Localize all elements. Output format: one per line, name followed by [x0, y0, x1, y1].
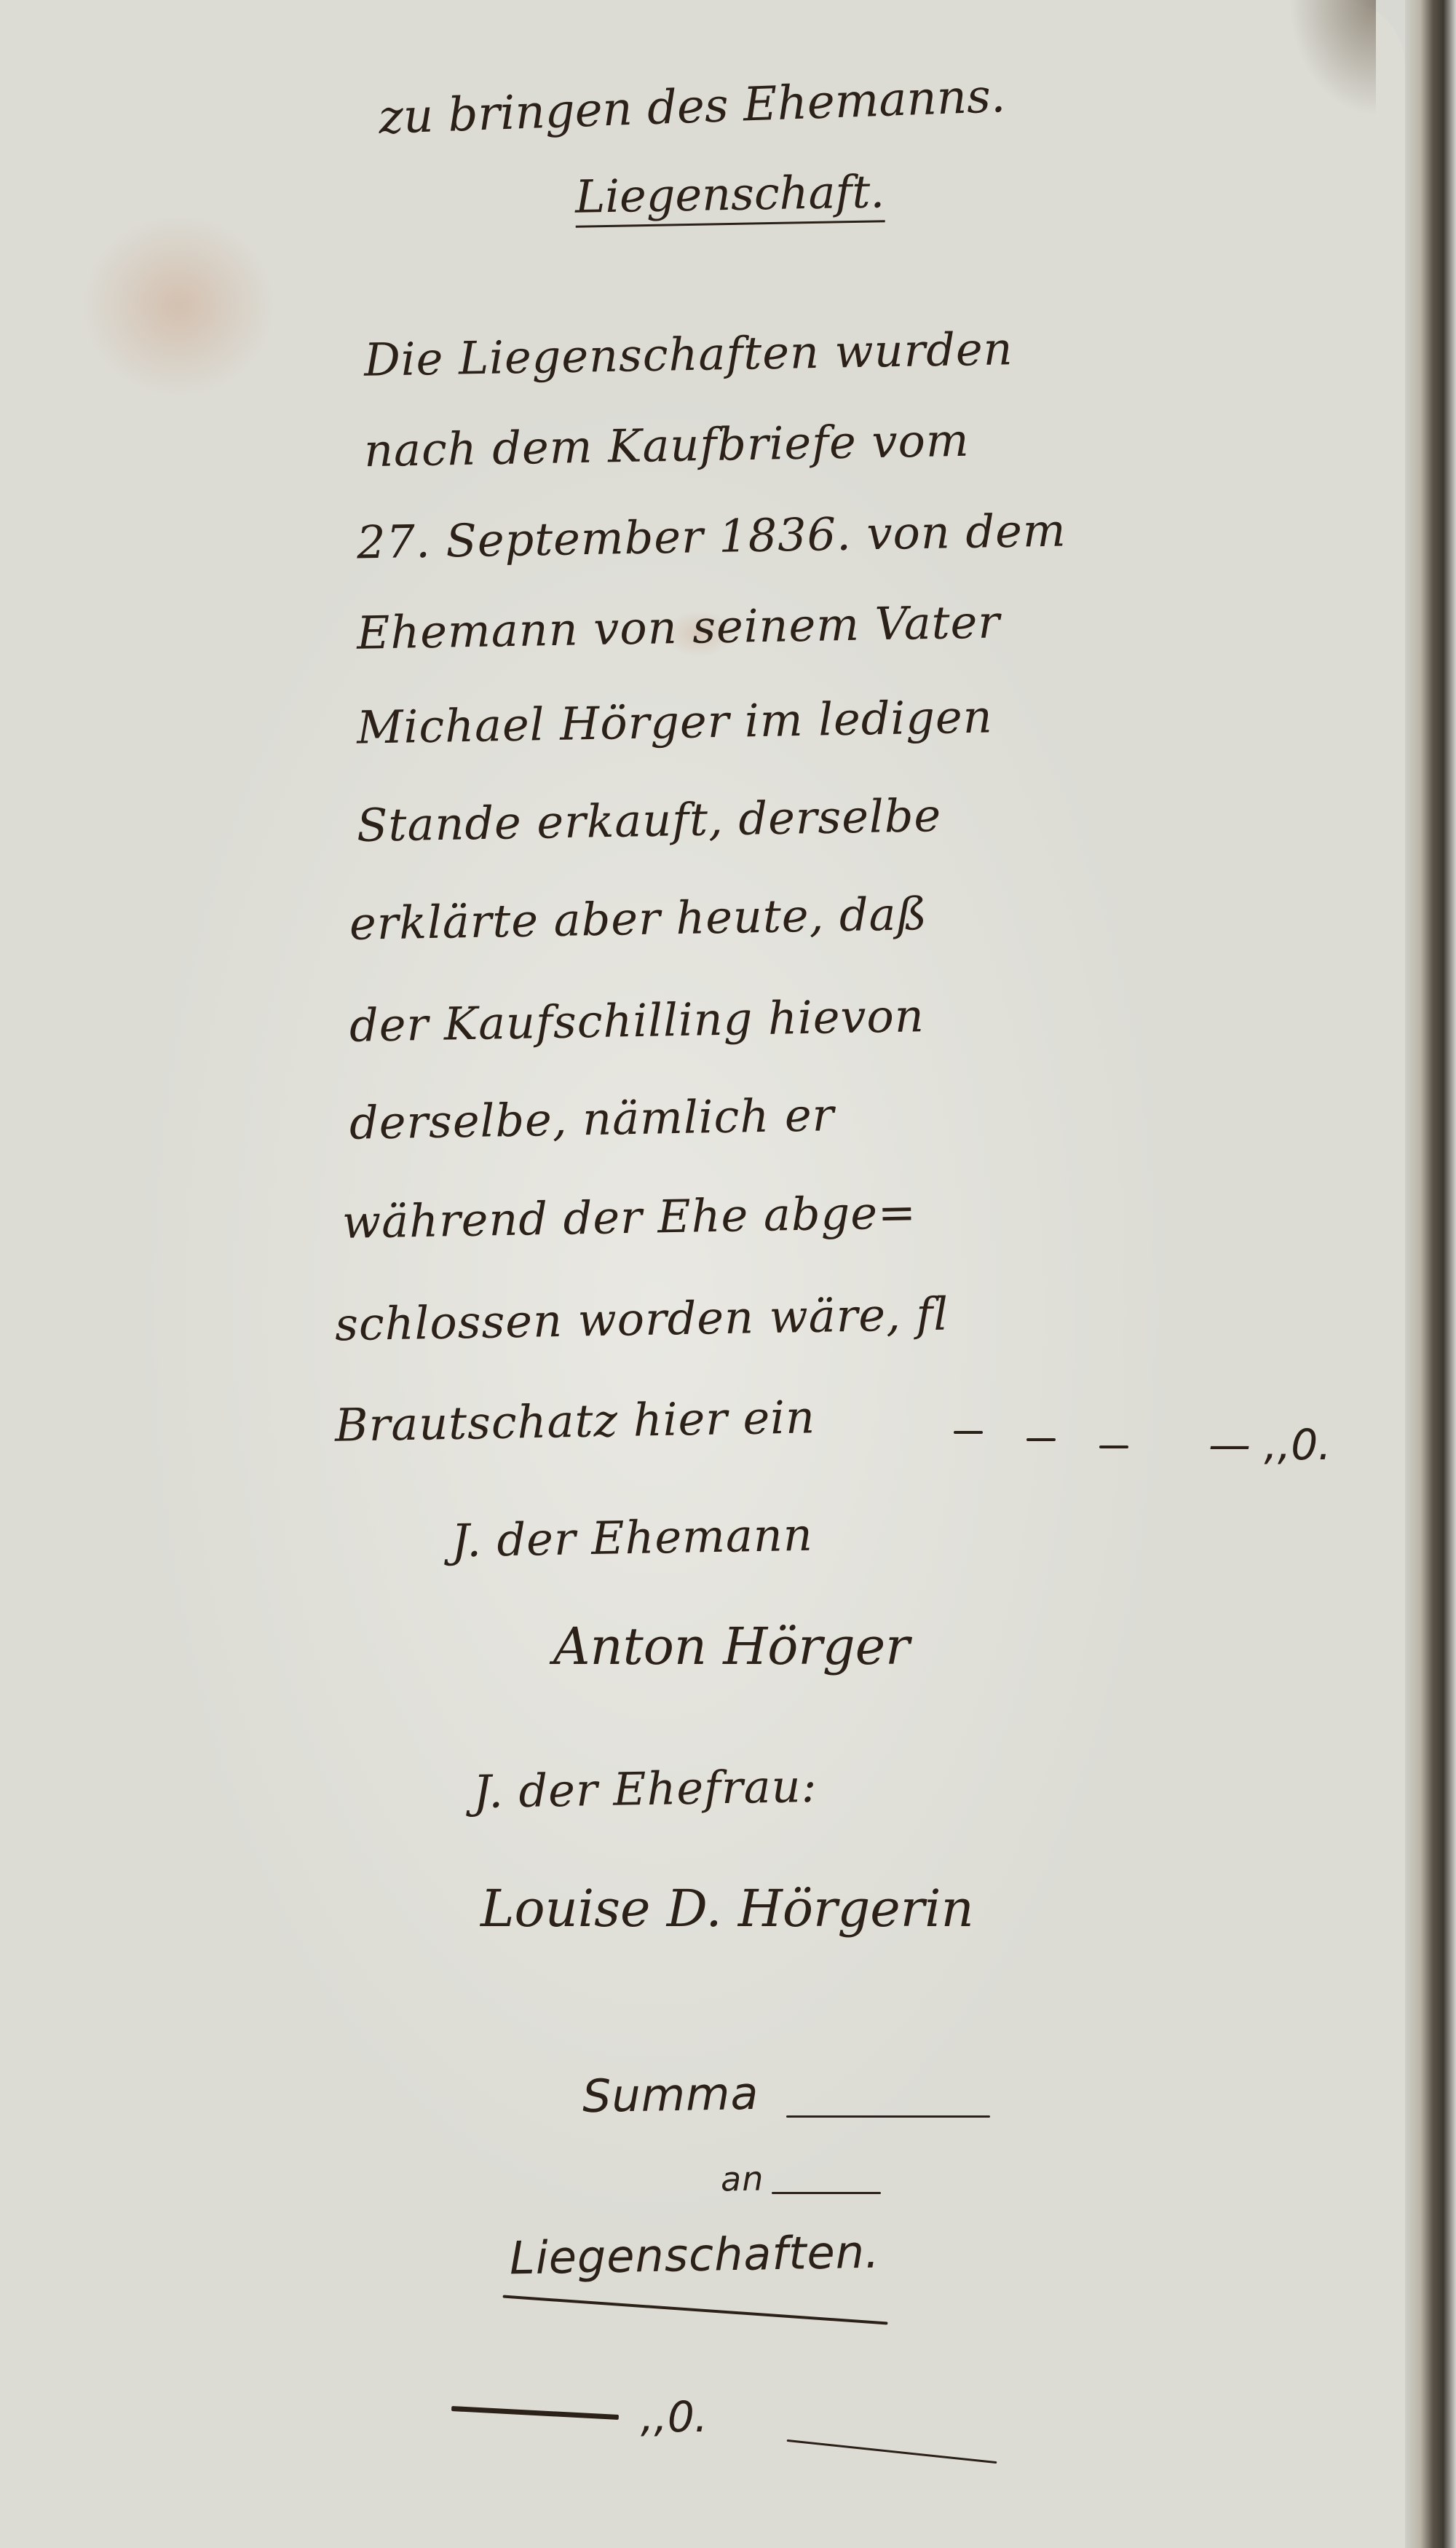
amount-tail-rule: [787, 2439, 997, 2464]
leader-dash: [954, 1431, 983, 1434]
body-line: Michael Hörger im ledigen: [356, 690, 993, 754]
body-line: der Kaufschilling hievon: [349, 989, 925, 1052]
summary-rule: [503, 2295, 888, 2325]
summary-subject: Liegenschaften.: [509, 2225, 880, 2285]
body-line: während der Ehe abge=: [341, 1186, 917, 1249]
page-corner-wear: [1289, 0, 1376, 117]
body-line: derselbe, nämlich er: [349, 1088, 834, 1150]
header-line: zu bringen des Ehemanns.: [378, 69, 1006, 145]
signature-name: Louise D. Hörgerin: [480, 1879, 974, 1938]
body-line: erklärte aber heute, daß: [349, 887, 927, 950]
summary-underline: [786, 2115, 990, 2118]
body-line: schlossen worden wäre, fl: [334, 1287, 949, 1352]
manuscript-page: zu bringen des Ehemanns. Liegenschaft. D…: [0, 0, 1405, 2548]
summary-label: Summa: [582, 2067, 759, 2123]
summary-amount: ,,0.: [641, 2392, 708, 2442]
connector-underline: [772, 2192, 881, 2194]
book-spine-edge: [1405, 0, 1456, 2548]
body-line: Die Liegenschaften wurden: [363, 322, 1013, 387]
leader-dash: [1099, 1445, 1128, 1448]
signature-label: J. der Ehemann: [451, 1508, 813, 1568]
body-line: Brautschatz hier ein: [334, 1390, 815, 1452]
body-line: nach dem Kaufbriefe vom: [363, 414, 970, 478]
section-title: Liegenschaft.: [574, 165, 885, 223]
body-line: 27. September 1836. von dem: [356, 504, 1067, 569]
signature-name: Anton Hörger: [553, 1617, 910, 1676]
signature-label: J. der Ehefrau:: [472, 1759, 818, 1818]
leader-dash: [1026, 1438, 1056, 1441]
summary-connector: an: [721, 2158, 764, 2198]
line-amount: — ,,0.: [1208, 1420, 1332, 1470]
amount-lead-rule: [451, 2406, 619, 2420]
body-line: Ehemann von seinem Vater: [356, 595, 1000, 659]
body-line: Stande erkauft, derselbe: [356, 789, 941, 852]
